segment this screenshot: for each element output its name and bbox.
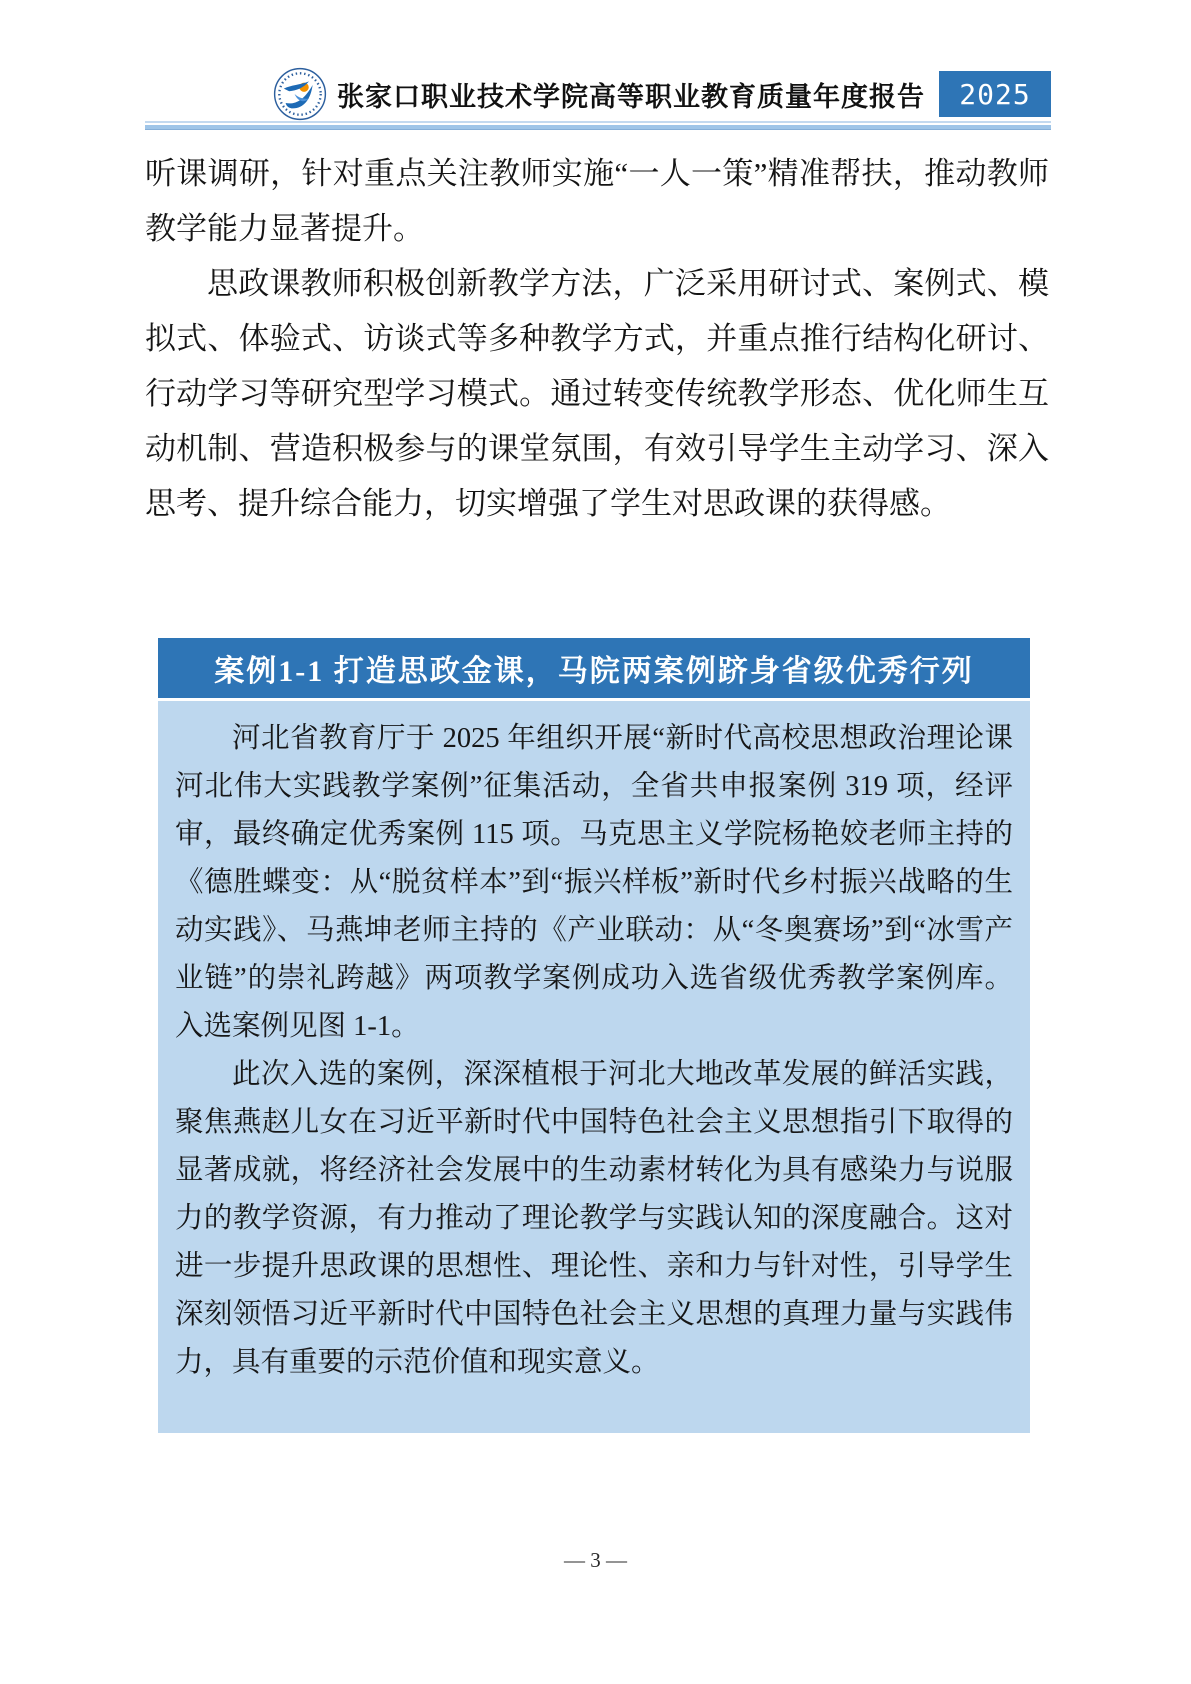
college-emblem-icon (273, 67, 327, 121)
case-box: 案例1-1 打造思政金课，马院两案例跻身省级优秀行列 河北省教育厅于 2025 … (158, 638, 1030, 1433)
document-page: 张家口职业技术学院高等职业教育质量年度报告 2025 听课调研，针对重点关注教师… (0, 0, 1191, 1684)
page-header: 张家口职业技术学院高等职业教育质量年度报告 2025 (145, 66, 1051, 122)
case-box-title: 案例1-1 打造思政金课，马院两案例跻身省级优秀行列 (158, 638, 1030, 701)
page-number: — 3 — (0, 1548, 1191, 1573)
year-badge: 2025 (939, 71, 1051, 117)
page-title: 张家口职业技术学院高等职业教育质量年度报告 (337, 75, 925, 114)
case-paragraph: 此次入选的案例，深深植根于河北大地改革发展的鲜活实践，聚焦燕赵儿女在习近平新时代… (175, 1051, 1013, 1387)
main-text: 听课调研，针对重点关注教师实施“一人一策”精准帮扶，推动教师教学能力显著提升。 … (145, 146, 1049, 531)
header-divider (145, 121, 1051, 130)
body-paragraph: 听课调研，针对重点关注教师实施“一人一策”精准帮扶，推动教师教学能力显著提升。 (145, 146, 1049, 256)
body-paragraph: 思政课教师积极创新教学方法，广泛采用研讨式、案例式、模拟式、体验式、访谈式等多种… (145, 256, 1049, 531)
case-box-body: 河北省教育厅于 2025 年组织开展“新时代高校思想政治理论课河北伟大实践教学案… (158, 701, 1030, 1433)
case-paragraph: 河北省教育厅于 2025 年组织开展“新时代高校思想政治理论课河北伟大实践教学案… (175, 715, 1013, 1051)
